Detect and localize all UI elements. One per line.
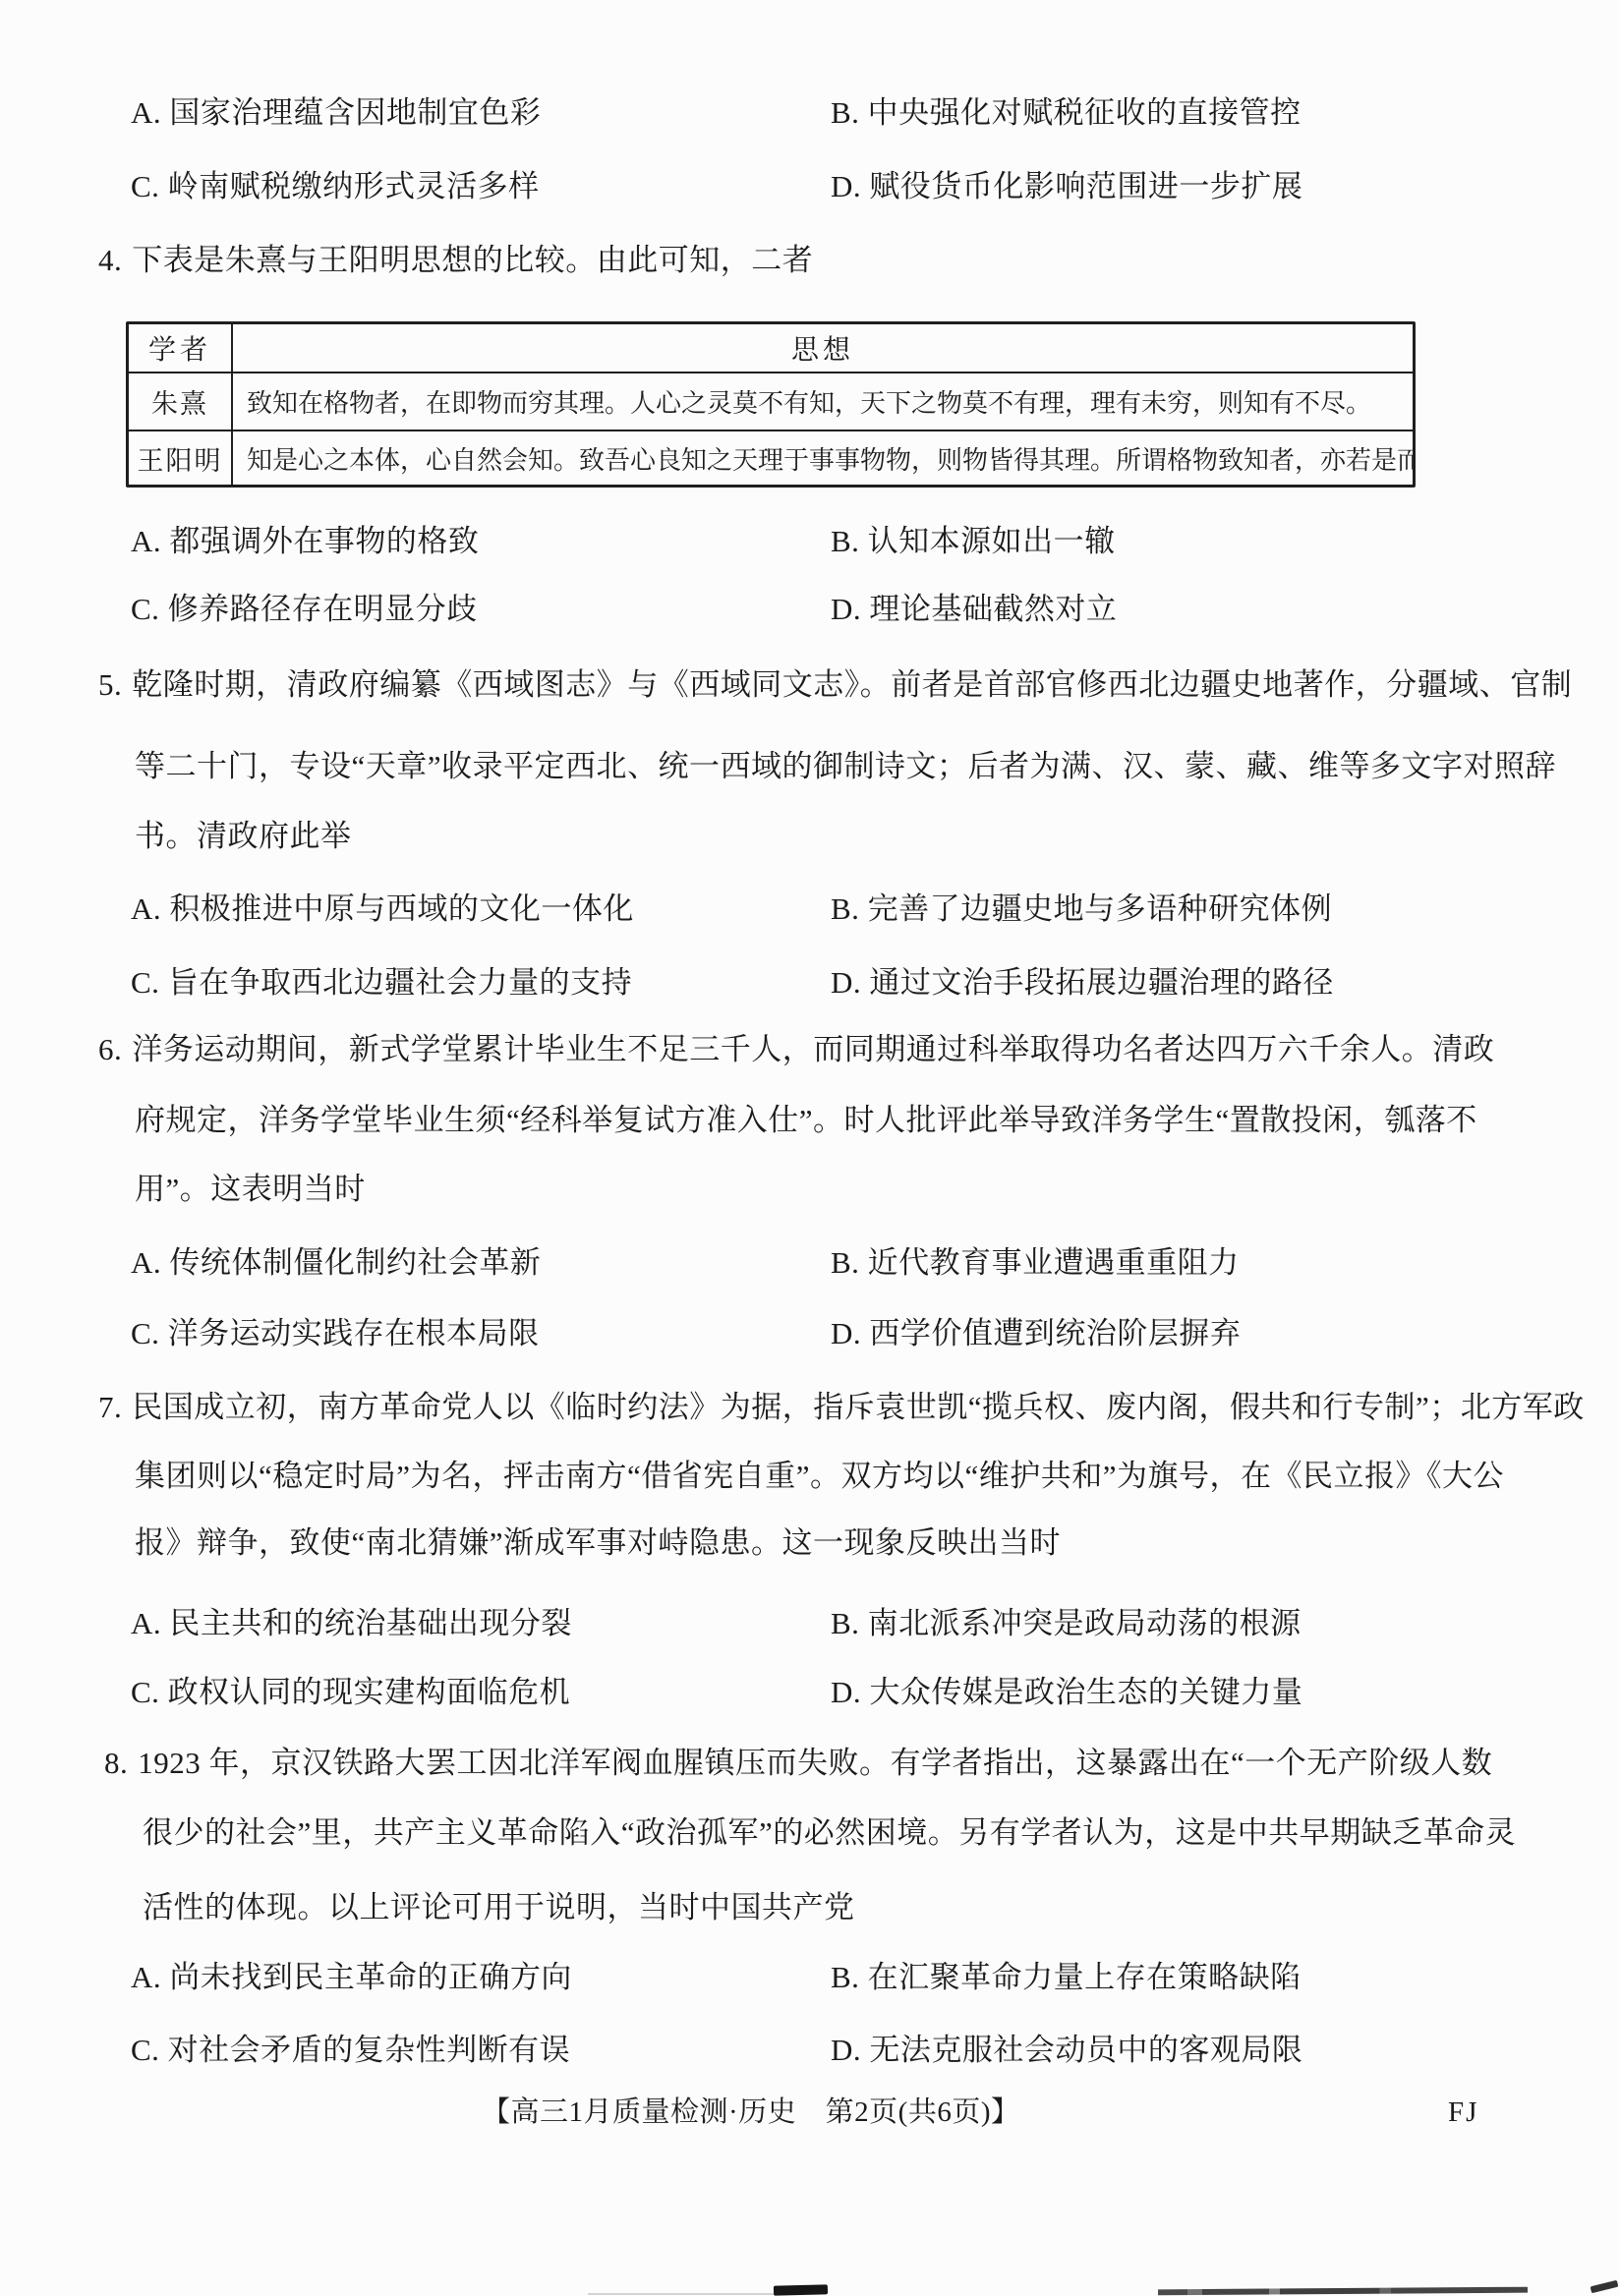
table-cell-scholar-zhuxi: 朱熹 [129, 372, 231, 430]
question-7-options-row-cd: C. 政权认同的现实建构面临危机 D. 大众传媒是政治生态的关键力量 [0, 1672, 1620, 1713]
question-4-number: 4. [98, 243, 122, 277]
table-cell-thought-wangyangming: 知是心之本体，心自然会知。致吾心良知之天理于事事物物，则物皆得其理。所谓格物致知… [231, 430, 1413, 485]
question-8-option-d: D. 无法克服社会动员中的客观局限 [831, 2030, 1302, 2071]
question-8-number: 8. [104, 1746, 128, 1780]
question-3-options-row-cd: C. 岭南赋税缴纳形式灵活多样 D. 赋役货币化影响范围进一步扩展 [0, 166, 1620, 207]
scan-artifact-blob [774, 2284, 828, 2295]
zhuxi-wangyangming-comparison-table: 学者 思想 朱熹 致知在格物者，在即物而穷其理。人心之灵莫不有知，天下之物莫不有… [126, 321, 1416, 488]
question-7-option-a: A. 民主共和的统治基础出现分裂 [131, 1603, 572, 1644]
question-6-option-b: B. 近代教育事业遭遇重重阻力 [831, 1242, 1240, 1284]
question-8-stem-text-1: 1923 年，京汉铁路大罢工因北洋军阀血腥镇压而失败。有学者指出，这暴露出在“一… [138, 1746, 1492, 1780]
question-8-options-row-cd: C. 对社会矛盾的复杂性判断有误 D. 无法克服社会动员中的客观局限 [0, 2030, 1620, 2071]
question-6-stem-text-1: 洋务运动期间，新式学堂累计毕业生不足三千人，而同期通过科举取得功名者达四万六千余… [132, 1032, 1494, 1066]
question-3-option-b: B. 中央强化对赋税征收的直接管控 [831, 92, 1302, 134]
question-4-options-row-ab: A. 都强调外在事物的格致 B. 认知本源如出一辙 [0, 521, 1620, 562]
question-5-stem-text-1: 乾隆时期，清政府编纂《西域图志》与《西域同文志》。前者是首部官修西北边疆史地著作… [132, 667, 1572, 702]
question-5-option-a: A. 积极推进中原与西域的文化一体化 [131, 889, 634, 930]
question-7-stem-text-1: 民国成立初，南方革命党人以《临时约法》为据，指斥袁世凯“揽兵权、废内阁，假共和行… [132, 1390, 1585, 1424]
question-5-stem-line-2: 等二十门，专设“天章”收录平定西北、统一西域的御制诗文；后者为满、汉、蒙、藏、维… [135, 746, 1556, 787]
scan-artifact-streak [1158, 2287, 1528, 2296]
question-8-option-b: B. 在汇聚革命力量上存在策略缺陷 [831, 1957, 1302, 1998]
question-4-options-row-cd: C. 修养路径存在明显分歧 D. 理论基础截然对立 [0, 589, 1620, 630]
table-cell-scholar-wangyangming: 王阳明 [129, 430, 231, 485]
question-6-stem-line-3: 用”。这表明当时 [135, 1169, 366, 1210]
table-cell-thought-zhuxi: 致知在格物者，在即物而穷其理。人心之灵莫不有知，天下之物莫不有理，理有未穷，则知… [231, 372, 1413, 430]
question-7-option-b: B. 南北派系冲突是政局动荡的根源 [831, 1603, 1302, 1644]
question-8-option-a: A. 尚未找到民主革命的正确方向 [131, 1957, 572, 1998]
question-4-option-a: A. 都强调外在事物的格致 [131, 521, 479, 562]
question-5-option-c: C. 旨在争取西北边疆社会力量的支持 [131, 962, 632, 1004]
question-4-option-d: D. 理论基础截然对立 [831, 589, 1117, 630]
question-5-option-b: B. 完善了边疆史地与多语种研究体例 [831, 889, 1332, 930]
footer-exam-label: 【高三1月质量检测·历史 第2页(共6页)】 [482, 2092, 1019, 2133]
question-6-option-d: D. 西学价值遭到统治阶层摒弃 [831, 1313, 1241, 1354]
scan-artifact-hairline [588, 2293, 780, 2295]
question-4-stem: 4.下表是朱熹与王阳明思想的比较。由此可知，二者 [98, 240, 813, 281]
scan-artifact-tick [1591, 2280, 1619, 2294]
question-6-options-row-cd: C. 洋务运动实践存在根本局限 D. 西学价值遭到统治阶层摒弃 [0, 1313, 1620, 1354]
question-7-stem-line-2: 集团则以“稳定时局”为名，抨击南方“借省宪自重”。双方均以“维护共和”为旗号，在… [135, 1456, 1504, 1497]
question-8-stem-line-2: 很少的社会”里，共产主义革命陷入“政治孤军”的必然困境。另有学者认为，这是中共早… [143, 1812, 1516, 1854]
question-6-number: 6. [98, 1032, 122, 1066]
question-5-stem-line-1: 5.乾隆时期，清政府编纂《西域图志》与《西域同文志》。前者是首部官修西北边疆史地… [98, 664, 1572, 706]
question-8-stem-line-1: 8.1923 年，京汉铁路大罢工因北洋军阀血腥镇压而失败。有学者指出，这暴露出在… [104, 1743, 1492, 1784]
exam-paper-page: A. 国家治理蕴含因地制宜色彩 B. 中央强化对赋税征收的直接管控 C. 岭南赋… [0, 0, 1620, 2296]
question-6-options-row-ab: A. 传统体制僵化制约社会革新 B. 近代教育事业遭遇重重阻力 [0, 1242, 1620, 1284]
question-8-stem-line-3: 活性的体现。以上评论可用于说明，当时中国共产党 [143, 1887, 855, 1928]
question-3-option-c: C. 岭南赋税缴纳形式灵活多样 [131, 166, 540, 207]
question-8-option-c: C. 对社会矛盾的复杂性判断有误 [131, 2030, 570, 2071]
question-6-stem-line-1: 6.洋务运动期间，新式学堂累计毕业生不足三千人，而同期通过科举取得功名者达四万六… [98, 1029, 1494, 1070]
question-6-stem-line-2: 府规定，洋务学堂毕业生须“经科举复试方准入仕”。时人批评此举导致洋务学生“置散投… [135, 1100, 1477, 1141]
question-3-option-a: A. 国家治理蕴含因地制宜色彩 [131, 92, 541, 134]
question-8-options-row-ab: A. 尚未找到民主革命的正确方向 B. 在汇聚革命力量上存在策略缺陷 [0, 1957, 1620, 1998]
table-header-scholar: 学者 [129, 324, 231, 372]
question-5-option-d: D. 通过文治手段拓展边疆治理的路径 [831, 962, 1334, 1004]
question-5-options-row-cd: C. 旨在争取西北边疆社会力量的支持 D. 通过文治手段拓展边疆治理的路径 [0, 962, 1620, 1004]
question-7-number: 7. [98, 1390, 122, 1424]
question-5-number: 5. [98, 667, 122, 702]
question-6-option-c: C. 洋务运动实践存在根本局限 [131, 1313, 540, 1354]
question-6-option-a: A. 传统体制僵化制约社会革新 [131, 1242, 541, 1284]
question-5-options-row-ab: A. 积极推进中原与西域的文化一体化 B. 完善了边疆史地与多语种研究体例 [0, 889, 1620, 930]
footer-paper-code: FJ [1448, 2092, 1478, 2133]
question-7-options-row-ab: A. 民主共和的统治基础出现分裂 B. 南北派系冲突是政局动荡的根源 [0, 1603, 1620, 1644]
question-4-option-c: C. 修养路径存在明显分歧 [131, 589, 478, 630]
question-4-stem-text: 下表是朱熹与王阳明思想的比较。由此可知，二者 [132, 243, 813, 277]
question-3-options-row-ab: A. 国家治理蕴含因地制宜色彩 B. 中央强化对赋税征收的直接管控 [0, 92, 1620, 134]
question-4-option-b: B. 认知本源如出一辙 [831, 521, 1116, 562]
question-5-stem-line-3: 书。清政府此举 [135, 816, 352, 857]
question-7-option-d: D. 大众传媒是政治生态的关键力量 [831, 1672, 1302, 1713]
question-7-stem-line-3: 报》辩争，致使“南北猜嫌”渐成军事对峙隐患。这一现象反映出当时 [135, 1522, 1061, 1564]
page-footer: 【高三1月质量检测·历史 第2页(共6页)】 FJ [0, 2092, 1620, 2133]
table-header-thought: 思想 [231, 324, 1413, 372]
question-7-option-c: C. 政权认同的现实建构面临危机 [131, 1672, 570, 1713]
question-3-option-d: D. 赋役货币化影响范围进一步扩展 [831, 166, 1302, 207]
question-7-stem-line-1: 7.民国成立初，南方革命党人以《临时约法》为据，指斥袁世凯“揽兵权、废内阁，假共… [98, 1387, 1585, 1428]
